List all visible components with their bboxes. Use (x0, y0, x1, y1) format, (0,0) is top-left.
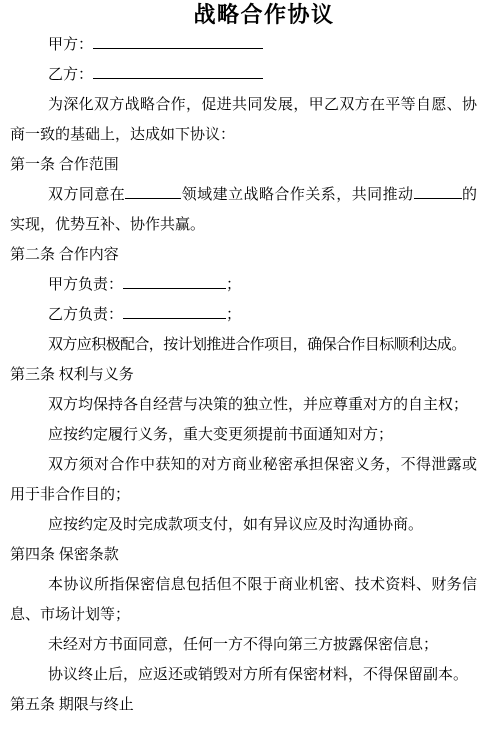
paragraph: 本协议所指保密信息包括但不限于商业机密、技术资料、财务信息、市场计划等； (10, 570, 477, 630)
text-run: 应按约定及时完成款项支付，如有异议应及时沟通协商。 (48, 517, 423, 533)
blank-underline[interactable] (123, 273, 226, 289)
document-page[interactable]: 战略合作协议 甲方：乙方：为深化双方战略合作，促进共同发展，甲乙双方在平等自愿、… (0, 0, 485, 738)
text-run: 双方应积极配合，按计划推进合作项目，确保合作目标顺利达成。 (48, 337, 466, 353)
blank-underline[interactable] (414, 183, 462, 199)
blank-underline[interactable] (93, 33, 263, 49)
blank-underline[interactable] (123, 303, 226, 319)
blank-underline[interactable] (93, 63, 263, 79)
paragraph: 为深化双方战略合作，促进共同发展，甲乙双方在平等自愿、协商一致的基础上，达成如下… (10, 90, 477, 150)
paragraph: 双方均保持各自经营与决策的独立性，并应尊重对方的自主权； (10, 390, 477, 420)
paragraph: 双方同意在领域建立战略合作关系，共同推动的实现，优势互补、协作共赢。 (10, 180, 477, 240)
text-run: ； (226, 307, 241, 323)
document-title: 战略合作协议 (10, 0, 477, 30)
text-run: 第一条 合作范围 (10, 157, 119, 173)
text-run: 协议终止后，应返还或销毁对方所有保密材料，不得保留副本。 (48, 667, 468, 683)
section-heading: 第三条 权利与义务 (10, 360, 477, 390)
text-run: 甲方： (48, 37, 93, 53)
field-line: 甲方： (10, 30, 477, 60)
text-run: 为深化双方战略合作，促进共同发展，甲乙双方在平等自愿、协商一致的基础上，达成如下… (10, 97, 477, 143)
text-run: 本协议所指保密信息包括但不限于商业机密、技术资料、财务信息、市场计划等； (10, 577, 477, 623)
paragraph: 协议终止后，应返还或销毁对方所有保密材料，不得保留副本。 (10, 660, 477, 690)
text-run: 第四条 保密条款 (10, 547, 119, 563)
text-run: 第五条 期限与终止 (10, 697, 134, 713)
text-run: 乙方负责： (48, 307, 123, 323)
paragraph: 双方应积极配合，按计划推进合作项目，确保合作目标顺利达成。 (10, 330, 477, 360)
field-line: 甲方负责：； (10, 270, 477, 300)
blank-underline[interactable] (125, 183, 181, 199)
text-run: 双方均保持各自经营与决策的独立性，并应尊重对方的自主权； (48, 397, 468, 413)
section-heading: 第一条 合作范围 (10, 150, 477, 180)
text-run: 领域建立战略合作关系，共同推动 (181, 187, 413, 203)
section-heading: 第二条 合作内容 (10, 240, 477, 270)
text-run: 应按约定履行义务，重大变更须提前书面通知对方； (48, 427, 393, 443)
text-run: 双方须对合作中获知的对方商业秘密承担保密义务，不得泄露或用于非合作目的； (10, 457, 477, 503)
paragraph: 未经对方书面同意，任何一方不得向第三方披露保密信息； (10, 630, 477, 660)
text-run: 双方同意在 (48, 187, 125, 203)
document-body: 甲方：乙方：为深化双方战略合作，促进共同发展，甲乙双方在平等自愿、协商一致的基础… (10, 30, 477, 720)
paragraph: 应按约定履行义务，重大变更须提前书面通知对方； (10, 420, 477, 450)
section-heading: 第五条 期限与终止 (10, 690, 477, 720)
text-run: 乙方： (48, 67, 93, 83)
text-run: 第三条 权利与义务 (10, 367, 134, 383)
field-line: 乙方负责：； (10, 300, 477, 330)
paragraph: 双方须对合作中获知的对方商业秘密承担保密义务，不得泄露或用于非合作目的； (10, 450, 477, 510)
text-run: 第二条 合作内容 (10, 247, 119, 263)
paragraph: 应按约定及时完成款项支付，如有异议应及时沟通协商。 (10, 510, 477, 540)
text-run: 未经对方书面同意，任何一方不得向第三方披露保密信息； (48, 637, 438, 653)
section-heading: 第四条 保密条款 (10, 540, 477, 570)
text-run: 甲方负责： (48, 277, 123, 293)
field-line: 乙方： (10, 60, 477, 90)
text-run: ； (226, 277, 241, 293)
